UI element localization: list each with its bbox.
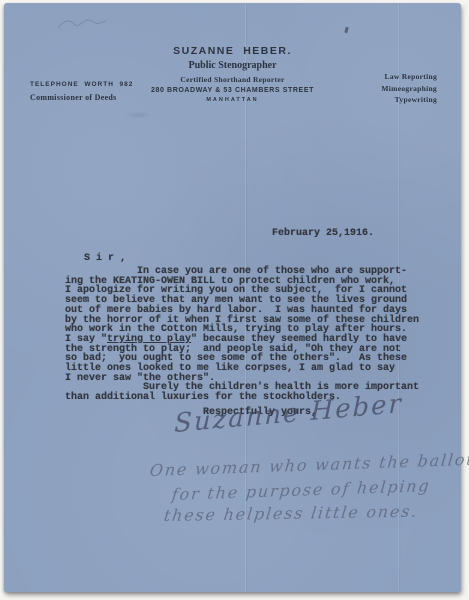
letter-body: In case you are one of those who are sup… xyxy=(65,267,419,403)
service-item: Law Reporting xyxy=(381,71,437,83)
letterhead-name: SUZANNE HEBER. xyxy=(4,45,461,57)
paper-smudge xyxy=(124,111,154,119)
pencil-scribble xyxy=(56,16,108,32)
letter-date: February 25,1916. xyxy=(272,228,374,239)
handwritten-note-line: these helpless little ones. xyxy=(163,502,420,525)
service-item: Mimeographing xyxy=(381,83,437,95)
letterhead-profession: Public Stenographer xyxy=(4,60,461,71)
letterhead-services: Law Reporting Mimeographing Typewriting xyxy=(381,71,437,106)
service-item: Typewriting xyxy=(381,94,437,106)
salutation: S i r , xyxy=(84,253,126,264)
letter-paper: TELEPHONE WORTH 982 Commissioner of Deed… xyxy=(4,3,461,592)
ink-speck xyxy=(344,27,348,34)
scanned-letter: TELEPHONE WORTH 982 Commissioner of Deed… xyxy=(0,0,469,600)
handwritten-note-line: for the purpose of helping xyxy=(171,476,432,504)
